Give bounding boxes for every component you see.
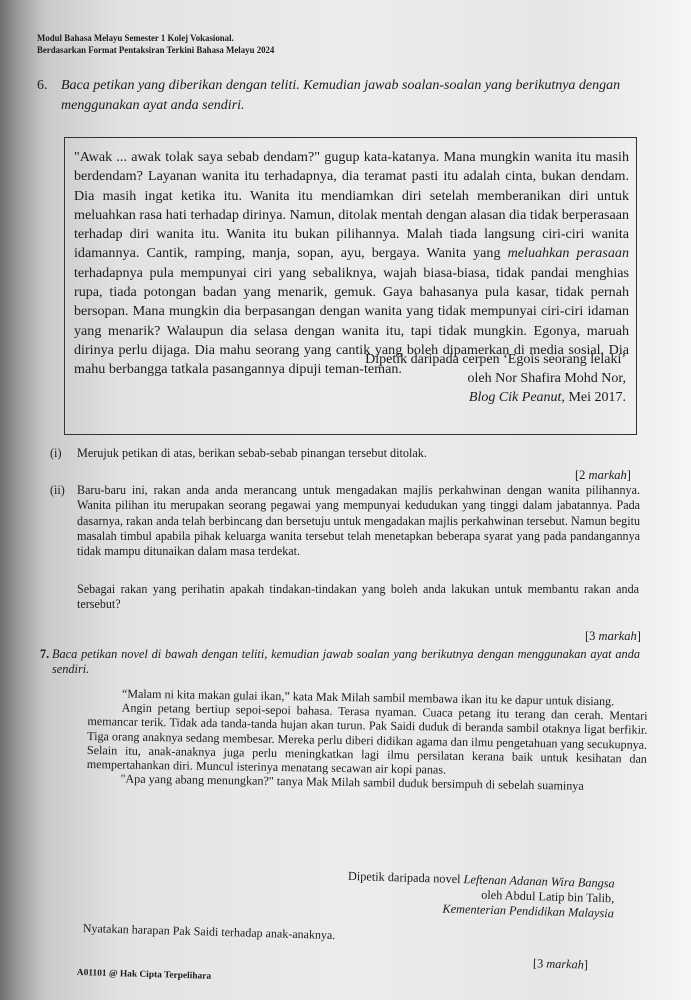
novel-excerpt: “Malam ni kita makan gulai ikan,” kata M… [86,686,647,794]
sub-question-number: (i) [50,446,62,461]
marks-label: [3 markah] [533,956,588,972]
marks-word: markah [546,957,584,972]
sub-question-number: (ii) [50,483,65,498]
novel-source: Dipetik daripada novel Leftenan Adanan W… [314,868,615,921]
marks-prefix: [3 [533,956,547,970]
marks-suffix: ] [637,629,641,643]
sub-question-text: Merujuk petikan di atas, berikan sebab-s… [77,446,640,461]
sub-question-i: (i) Merujuk petikan di atas, berikan seb… [50,446,640,461]
question-6-instruction: 6. Baca petikan yang diberikan dengan te… [37,76,657,116]
marks-label: [2 markah] [575,468,631,483]
header-line-2: Berdasarkan Format Pentaksiran Terkini B… [37,45,274,57]
marks-word: markah [589,468,627,482]
passage-italic: meluahkan perasaan [508,245,629,261]
passage-text: "Awak ... awak tolak saya sebab dendam?"… [74,148,629,380]
marks-suffix: ] [584,958,588,972]
blog-name: Blog Cik Peanut, [469,390,565,405]
marks-prefix: [3 [585,629,599,643]
sub-question-ii-prompt: Sebagai rakan yang perihatin apakah tind… [77,582,639,611]
marks-prefix: [2 [575,468,589,482]
question-7-prompt: Nyatakan harapan Pak Saidi terhadap anak… [83,921,336,943]
document-page: Modul Bahasa Melayu Semester 1 Kolej Vok… [0,0,691,1000]
instruction-text: Baca petikan yang diberikan dengan telit… [61,76,657,116]
sub-question-ii: (ii) Baru-baru ini, rakan anda anda mera… [50,483,640,559]
passage-source: Dipetik daripada cerpen ‘Egois seorang l… [365,350,626,407]
sub-question-scenario: Baru-baru ini, rakan anda anda merancang… [77,483,640,559]
source-prefix: Dipetik daripada novel [348,869,464,886]
source-line-3: Blog Cik Peanut, Mei 2017. [365,388,626,407]
marks-suffix: ] [627,468,631,482]
instruction-text: Baca petikan novel di bawah dengan telit… [52,647,640,676]
module-header: Modul Bahasa Melayu Semester 1 Kolej Vok… [37,33,274,57]
passage-box: "Awak ... awak tolak saya sebab dendam?"… [64,137,637,435]
question-number: 7. [40,647,49,662]
copyright-footer: A01101 @ Hak Cipta Terpelihara [77,968,211,982]
source-line-1: Dipetik daripada cerpen ‘Egois seorang l… [365,350,626,369]
marks-word: markah [599,629,637,643]
source-date: Mei 2017. [565,390,626,405]
marks-label: [3 markah] [585,629,641,644]
question-7-instruction: 7. Baca petikan novel di bawah dengan te… [40,647,640,676]
novel-paragraph: Angin petang bertiup sepoi-sepoi bahasa.… [87,700,648,780]
question-number: 6. [37,76,48,96]
source-line-2: oleh Nor Shafira Mohd Nor, [365,369,626,388]
header-line-1: Modul Bahasa Melayu Semester 1 Kolej Vok… [37,33,274,45]
